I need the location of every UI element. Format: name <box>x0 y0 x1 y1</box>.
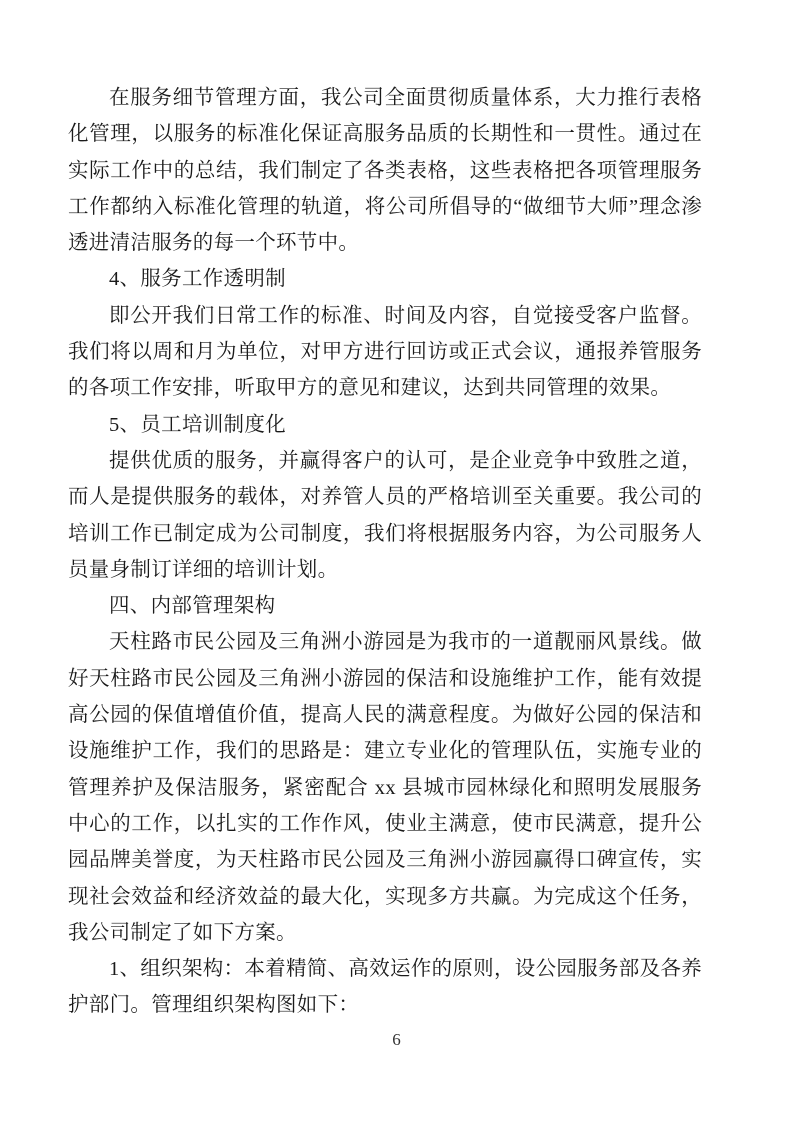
body-paragraph-transparency-detail: 即公开我们日常工作的标准、时间及内容，自觉接受客户监督。我们将以周和月为单位，对… <box>68 298 702 407</box>
document-page: 在服务细节管理方面，我公司全面贯彻质量体系，大力推行表格化管理，以服务的标准化保… <box>0 0 793 1122</box>
section-heading-4-transparency: 4、服务工作透明制 <box>68 261 702 297</box>
section-heading-5-training: 5、员工培训制度化 <box>68 407 702 443</box>
section-heading-internal-management: 四、内部管理架构 <box>68 588 702 624</box>
body-paragraph-training-detail: 提供优质的服务，并赢得客户的认可，是企业竞争中致胜之道，而人是提供服务的载体，对… <box>68 443 702 588</box>
page-number: 6 <box>0 1030 793 1050</box>
body-paragraph-service-detail-management: 在服务细节管理方面，我公司全面贯彻质量体系，大力推行表格化管理，以服务的标准化保… <box>68 80 702 261</box>
body-paragraph-park-management-plan: 天柱路市民公园及三角洲小游园是为我市的一道靓丽风景线。做好天柱路市民公园及三角洲… <box>68 624 702 951</box>
document-body: 在服务细节管理方面，我公司全面贯彻质量体系，大力推行表格化管理，以服务的标准化保… <box>68 80 702 1024</box>
body-paragraph-org-structure: 1、组织架构：本着精简、高效运作的原则，设公园服务部及各养护部门。管理组织架构图… <box>68 951 702 1024</box>
